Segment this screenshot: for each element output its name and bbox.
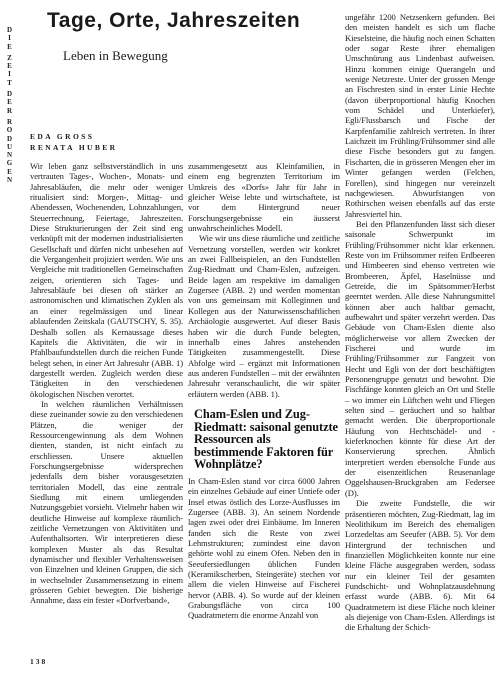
chapter-marker-word: DER <box>6 90 13 115</box>
paragraph: Wie wir uns diese räumliche und zeitlich… <box>188 233 340 399</box>
paragraph: zusammengesetzt aus Kleinfamilien, in ei… <box>188 161 340 233</box>
chapter-marker-word: ZEIT <box>6 54 13 87</box>
text-column-right: ungefähr 1200 Netzsenkern gefunden. Bei … <box>345 12 495 646</box>
section-heading: Cham-Eslen und Zug-Riedmatt: saisonal ge… <box>194 408 340 471</box>
paragraph: In welchen räumlichen Verhältnissen dies… <box>30 399 183 606</box>
page-title: Tage, Orte, Jahreszeiten <box>47 9 300 33</box>
chapter-marker-word: RODUNGEN <box>6 118 13 184</box>
paragraph: Die zweite Fundstelle, die wir präsentie… <box>345 498 495 632</box>
paragraph: Wir leben ganz selbstverständlich in uns… <box>30 161 183 399</box>
paragraph: Bei den Pflanzenfunden lässt sich dieser… <box>345 219 495 498</box>
author-name: EDA GROSS <box>30 131 118 142</box>
text-column-left: Wir leben ganz selbstverständlich in uns… <box>30 161 183 649</box>
book-page: DIE ZEIT DER RODUNGEN Tage, Orte, Jahres… <box>0 0 500 693</box>
chapter-marker-word: DIE <box>6 26 13 51</box>
author-block: EDA GROSS RENATA HUBER <box>30 131 118 153</box>
paragraph: ungefähr 1200 Netzsenkern gefunden. Bei … <box>345 12 495 219</box>
page-number: 138 <box>30 657 47 666</box>
author-name: RENATA HUBER <box>30 142 118 153</box>
text-column-middle: zusammengesetzt aus Kleinfamilien, in ei… <box>188 161 340 655</box>
page-subtitle: Leben in Bewegung <box>63 48 168 64</box>
paragraph: In Cham-Eslen stand vor circa 6000 Jahre… <box>188 476 340 621</box>
chapter-marker-vertical: DIE ZEIT DER RODUNGEN <box>6 26 16 187</box>
